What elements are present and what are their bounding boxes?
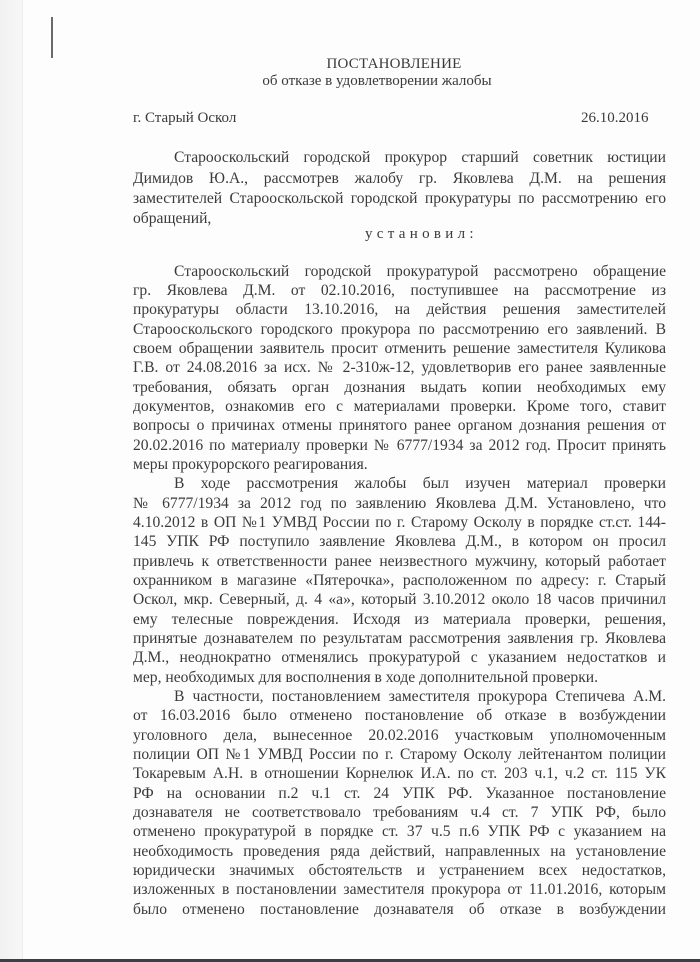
body-line: изложенных в постановлении заместителя п… [133, 881, 666, 899]
body-line: Д.М., неоднократно отменялись прокуратур… [133, 649, 666, 667]
intro-line: Димидов Ю.А., рассмотрев жалобу гр. Яков… [133, 170, 666, 188]
body-line: своем обращении заявитель просит отменит… [133, 340, 666, 358]
body-line: Старооскольского городского прокурора по… [133, 321, 666, 339]
intro-line: заместителей Старооскольской городской п… [133, 190, 666, 208]
body-line: № 6777/1934 за 2012 год по заявлению Яко… [133, 495, 666, 513]
body-line: вопросы о причинах отмены принятого ране… [133, 417, 666, 435]
body-line: 145 УПК РФ поступило заявление Яковлева … [133, 533, 666, 551]
document-title: ПОСТАНОВЛЕНИЕ [0, 56, 700, 73]
body-line: мер, необходимых для восполнения в ходе … [133, 669, 666, 687]
intro-line: Старооскольский городской прокурор старш… [174, 149, 666, 167]
body-line: дознавателя не соответствовало требовани… [133, 804, 666, 822]
body-line: необходимость проведения ряда действий, … [133, 843, 666, 861]
established-heading: установил: [365, 226, 478, 243]
body-line: ему телесные повреждения. Исходя из мате… [133, 611, 666, 629]
body-line: отменено прокуратурой в порядке ст. 37 ч… [133, 823, 666, 841]
body-line: гр. Яковлева Д.М. от 02.10.2016, поступи… [133, 282, 666, 300]
body-line: РФ на основании п.2 ч.1 ст. 24 УПК РФ. У… [133, 785, 666, 803]
body-line: документов, ознакомив его с материалами … [133, 398, 666, 416]
margin-mark [51, 17, 53, 58]
body-line: Г.В. от 24.08.2016 за исх. № 2-310ж-12, … [133, 359, 666, 377]
body-line: уголовного дела, вынесенное 20.02.2016 у… [133, 727, 666, 745]
body-line: от 16.03.2016 было отменено постановлени… [133, 707, 666, 725]
body-line: 4.10.2012 в ОП №1 УМВД России по г. Стар… [133, 514, 666, 532]
body-line: юридически значимых обстоятельств и устр… [133, 862, 666, 880]
body-line: прокуратуры области 13.10.2016, на дейст… [133, 301, 666, 319]
body-line: В частности, постановлением заместителя … [174, 688, 666, 706]
scan-page-edge [0, 0, 23, 962]
body-line: 20.02.2016 по материалу проверки № 6777/… [133, 437, 666, 455]
body-line: Токаревым А.Н. в отношении Корнелюк И.А.… [133, 765, 666, 783]
body-line: требования, обязать орган дознания выдат… [133, 379, 666, 397]
document-place: г. Старый Оскол [133, 110, 236, 127]
document-date: 26.10.2016 [581, 110, 649, 127]
body-line: было отменено постановление дознавателя … [133, 901, 666, 919]
body-line: привлечь к ответственности ранее неизвес… [133, 553, 666, 571]
body-line: охранником в магазине «Пятерочка», распо… [133, 572, 666, 590]
body-line: полиции ОП №1 УМВД России по г. Старому … [133, 746, 666, 764]
body-line: принятые дознавателем по результатам рас… [133, 630, 666, 648]
body-line: меры прокурорского реагирования. [133, 456, 666, 474]
body-line: В ходе рассмотрения жалобы был изучен ма… [174, 475, 666, 493]
body-line: Оскол, мкр. Северный, д. 4 «а», который … [133, 591, 666, 609]
body-line: Старооскольский городской прокуратурой р… [174, 263, 666, 281]
document-subtitle: об отказе в удовлетворении жалобы [0, 73, 700, 90]
